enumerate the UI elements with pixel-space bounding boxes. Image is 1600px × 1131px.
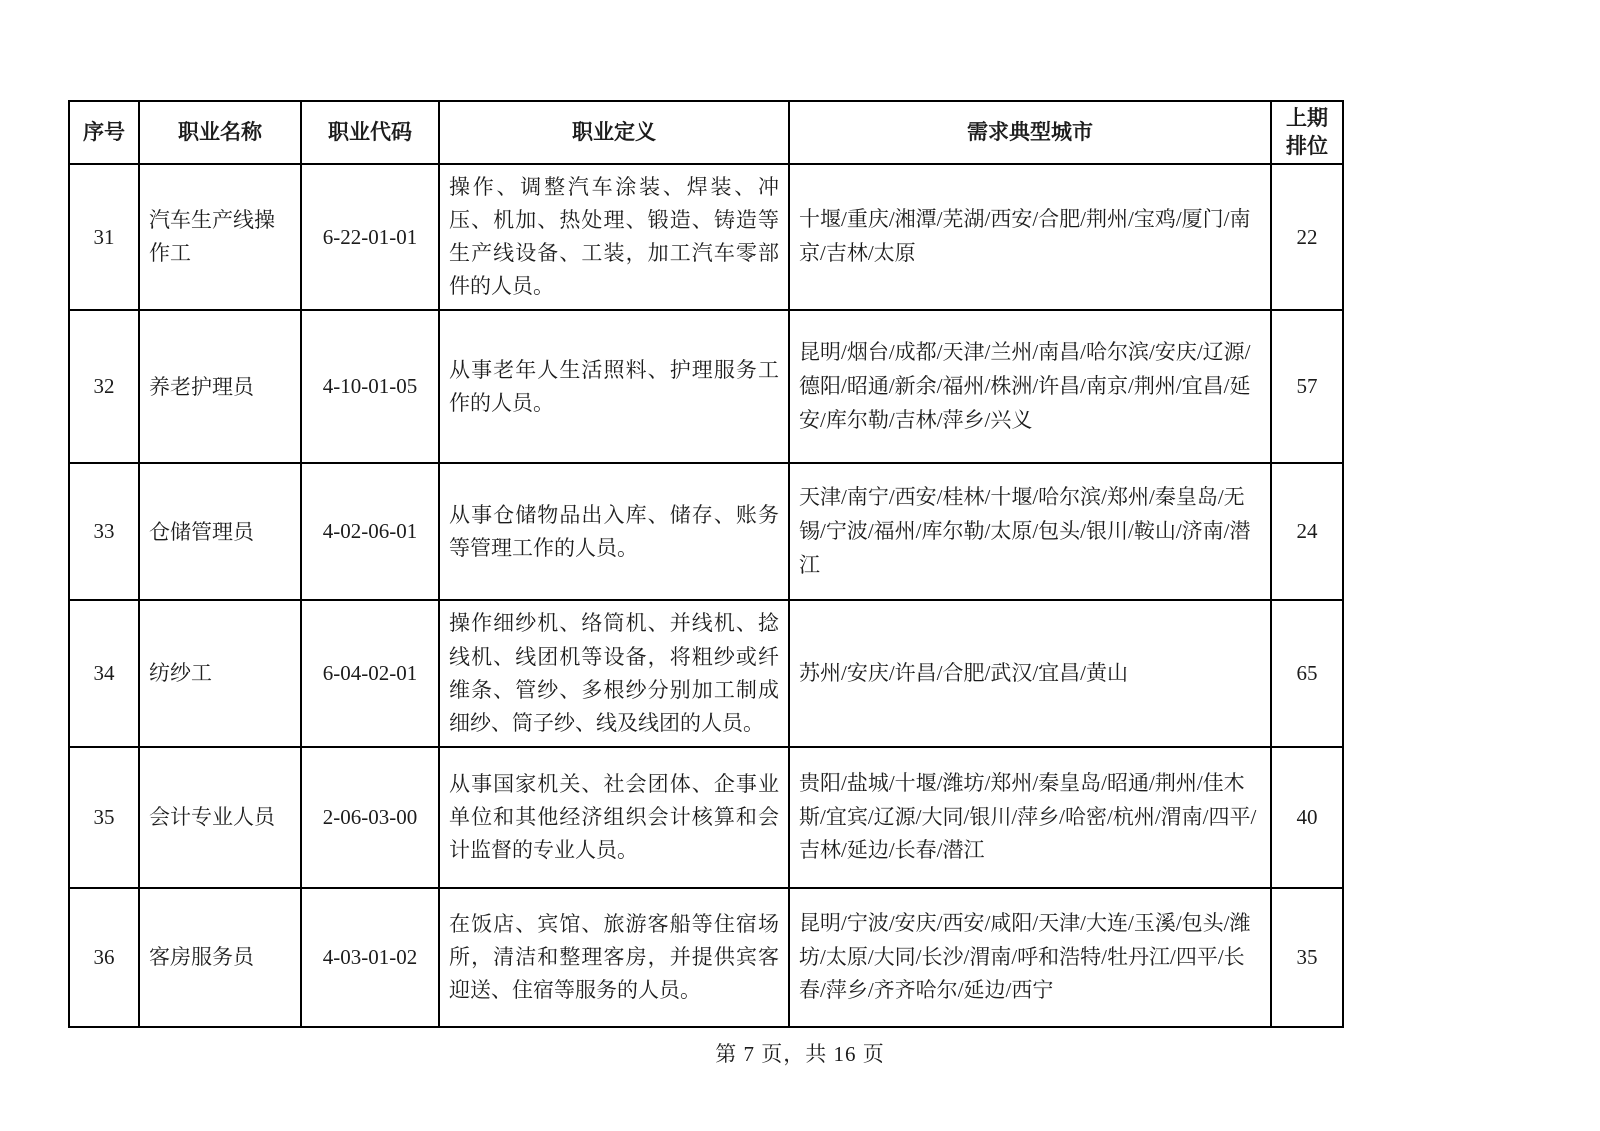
table-row: 34 纺纱工 6-04-02-01 操作细纱机、络筒机、并线机、捻线机、线团机等… (69, 600, 1343, 747)
table-row: 31 汽车生产线操作工 6-22-01-01 操作、调整汽车涂装、焊装、冲压、机… (69, 164, 1343, 311)
occupation-ranking-table: 序号 职业名称 职业代码 职业定义 需求典型城市 上期 排位 31 汽车生产线操… (68, 100, 1344, 1028)
cell-demand-cities: 十堰/重庆/湘潭/芜湖/西安/合肥/荆州/宝鸡/厦门/南京/吉林/太原 (789, 164, 1271, 311)
cell-occupation-name: 仓储管理员 (139, 463, 301, 600)
header-occupation-definition: 职业定义 (439, 101, 789, 164)
header-serial-number: 序号 (69, 101, 139, 164)
cell-demand-cities: 苏州/安庆/许昌/合肥/武汉/宜昌/黄山 (789, 600, 1271, 747)
cell-occupation-definition: 在饭店、宾馆、旅游客船等住宿场所，清洁和整理客房，并提供宾客迎送、住宿等服务的人… (439, 888, 789, 1027)
cell-previous-rank: 24 (1271, 463, 1343, 600)
cell-occupation-name: 养老护理员 (139, 310, 301, 463)
cell-occupation-definition: 操作细纱机、络筒机、并线机、捻线机、线团机等设备，将粗纱或纤维条、管纱、多根纱分… (439, 600, 789, 747)
cell-occupation-code: 2-06-03-00 (301, 747, 439, 888)
cell-occupation-code: 6-22-01-01 (301, 164, 439, 311)
cell-previous-rank: 57 (1271, 310, 1343, 463)
cell-demand-cities: 天津/南宁/西安/桂林/十堰/哈尔滨/郑州/秦皇岛/无锡/宁波/福州/库尔勒/太… (789, 463, 1271, 600)
cell-demand-cities: 贵阳/盐城/十堰/潍坊/郑州/秦皇岛/昭通/荆州/佳木斯/宜宾/辽源/大同/银川… (789, 747, 1271, 888)
cell-serial-number: 31 (69, 164, 139, 311)
cell-serial-number: 36 (69, 888, 139, 1027)
cell-occupation-name: 会计专业人员 (139, 747, 301, 888)
table-header-row: 序号 职业名称 职业代码 职业定义 需求典型城市 上期 排位 (69, 101, 1343, 164)
cell-demand-cities: 昆明/烟台/成都/天津/兰州/南昌/哈尔滨/安庆/辽源/德阳/昭通/新余/福州/… (789, 310, 1271, 463)
cell-serial-number: 34 (69, 600, 139, 747)
table-row: 33 仓储管理员 4-02-06-01 从事仓储物品出入库、储存、账务等管理工作… (69, 463, 1343, 600)
cell-previous-rank: 65 (1271, 600, 1343, 747)
table-row: 35 会计专业人员 2-06-03-00 从事国家机关、社会团体、企事业单位和其… (69, 747, 1343, 888)
header-occupation-name: 职业名称 (139, 101, 301, 164)
cell-occupation-code: 6-04-02-01 (301, 600, 439, 747)
header-occupation-code: 职业代码 (301, 101, 439, 164)
page-number-footer: 第 7 页，共 16 页 (0, 1038, 1600, 1068)
cell-occupation-code: 4-10-01-05 (301, 310, 439, 463)
cell-occupation-code: 4-02-06-01 (301, 463, 439, 600)
table-row: 32 养老护理员 4-10-01-05 从事老年人生活照料、护理服务工作的人员。… (69, 310, 1343, 463)
header-demand-cities: 需求典型城市 (789, 101, 1271, 164)
cell-occupation-name: 客房服务员 (139, 888, 301, 1027)
cell-previous-rank: 40 (1271, 747, 1343, 888)
cell-occupation-code: 4-03-01-02 (301, 888, 439, 1027)
cell-occupation-name: 汽车生产线操作工 (139, 164, 301, 311)
header-previous-rank: 上期 排位 (1271, 101, 1343, 164)
cell-serial-number: 35 (69, 747, 139, 888)
cell-serial-number: 32 (69, 310, 139, 463)
cell-previous-rank: 35 (1271, 888, 1343, 1027)
table-row: 36 客房服务员 4-03-01-02 在饭店、宾馆、旅游客船等住宿场所，清洁和… (69, 888, 1343, 1027)
cell-occupation-definition: 操作、调整汽车涂装、焊装、冲压、机加、热处理、锻造、铸造等生产线设备、工装，加工… (439, 164, 789, 311)
cell-previous-rank: 22 (1271, 164, 1343, 311)
cell-occupation-name: 纺纱工 (139, 600, 301, 747)
cell-occupation-definition: 从事国家机关、社会团体、企事业单位和其他经济组织会计核算和会计监督的专业人员。 (439, 747, 789, 888)
cell-demand-cities: 昆明/宁波/安庆/西安/咸阳/天津/大连/玉溪/包头/潍坊/太原/大同/长沙/渭… (789, 888, 1271, 1027)
cell-serial-number: 33 (69, 463, 139, 600)
cell-occupation-definition: 从事老年人生活照料、护理服务工作的人员。 (439, 310, 789, 463)
cell-occupation-definition: 从事仓储物品出入库、储存、账务等管理工作的人员。 (439, 463, 789, 600)
